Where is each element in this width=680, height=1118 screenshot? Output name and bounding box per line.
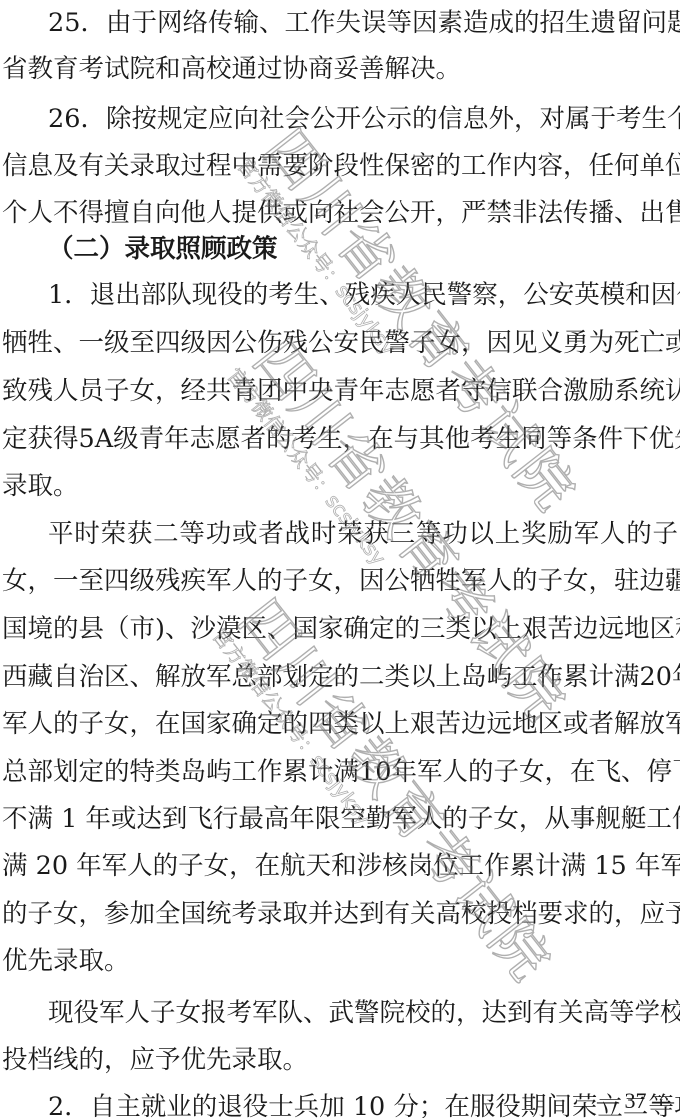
active-military-line-2: 投档线的，应予优先录取。 [2, 1045, 678, 1075]
military-paragraph-line-3: 国境的县（市)、沙漠区、国家确定的三类以上艰苦边远地区和 [2, 614, 678, 644]
military-paragraph-line-9: 的子女，参加全国统考录取并达到有关高校投档要求的，应予 [2, 899, 678, 929]
item-1-line-4: 定获得5A级青年志愿者的考生，在与其他考生同等条件下优先 [2, 424, 678, 454]
document-page: 25．由于网络传输、工作失误等因素造成的招生遗留问题， 省教育考试院和高校通过协… [0, 0, 680, 1118]
section-heading: （二）录取照顾政策 [48, 234, 278, 264]
item-1-line-1: 1．退出部队现役的考生、残疾人民警察，公安英模和因公 [48, 280, 678, 310]
item-2-line-1: 2．自主就业的退役士兵加 10 分；在服役期间荣立二等功 [48, 1092, 678, 1118]
active-military-line-1: 现役军人子女报考军队、武警院校的，达到有关高等学校 [48, 998, 678, 1028]
military-paragraph-line-10: 优先录取。 [2, 946, 678, 976]
military-paragraph-line-7: 不满 1 年或达到飞行最高年限空勤军人的子女，从事舰艇工作 [2, 804, 678, 834]
page-number: — 37 — [597, 1088, 674, 1114]
item-1-line-2: 牺牲、一级至四级因公伤残公安民警子女，因见义勇为死亡或 [2, 328, 678, 358]
military-paragraph-line-6: 总部划定的特类岛屿工作累计满10年军人的子女，在飞、停飞 [2, 757, 678, 787]
military-paragraph-line-5: 军人的子女，在国家确定的四类以上艰苦边远地区或者解放军 [2, 709, 678, 739]
military-paragraph-line-8: 满 20 年军人的子女，在航天和涉核岗位工作累计满 15 年军人 [2, 851, 678, 881]
paragraph-25-line-2: 省教育考试院和高校通过协商妥善解决。 [2, 54, 678, 84]
item-1-line-5: 录取。 [2, 471, 678, 501]
paragraph-26-line-3: 个人不得擅自向他人提供或向社会公开，严禁非法传播、出售。 [2, 198, 678, 228]
paragraph-26-line-1: 26．除按规定应向社会公开公示的信息外，对属于考生个人 [48, 104, 678, 134]
military-paragraph-line-4: 西藏自治区、解放军总部划定的二类以上岛屿工作累计满20年 [2, 662, 678, 692]
paragraph-25-line-1: 25．由于网络传输、工作失误等因素造成的招生遗留问题， [48, 8, 678, 38]
military-paragraph-line-1: 平时荣获二等功或者战时荣获三等功以上奖励军人的子 [48, 519, 678, 549]
watermark-3: 四川省教育考试院 官方微信公众号：scsjyksy [210, 590, 560, 1006]
military-paragraph-line-2: 女，一至四级残疾军人的子女，因公牺牲军人的子女，驻边疆 [2, 566, 678, 596]
paragraph-26-line-2: 信息及有关录取过程中需要阶段性保密的工作内容，任何单位和 [2, 151, 678, 181]
watermark-title: 四川省教育考试院 [228, 590, 561, 993]
item-1-line-3: 致残人员子女，经共青团中央青年志愿者守信联合激励系统认 [2, 376, 678, 406]
